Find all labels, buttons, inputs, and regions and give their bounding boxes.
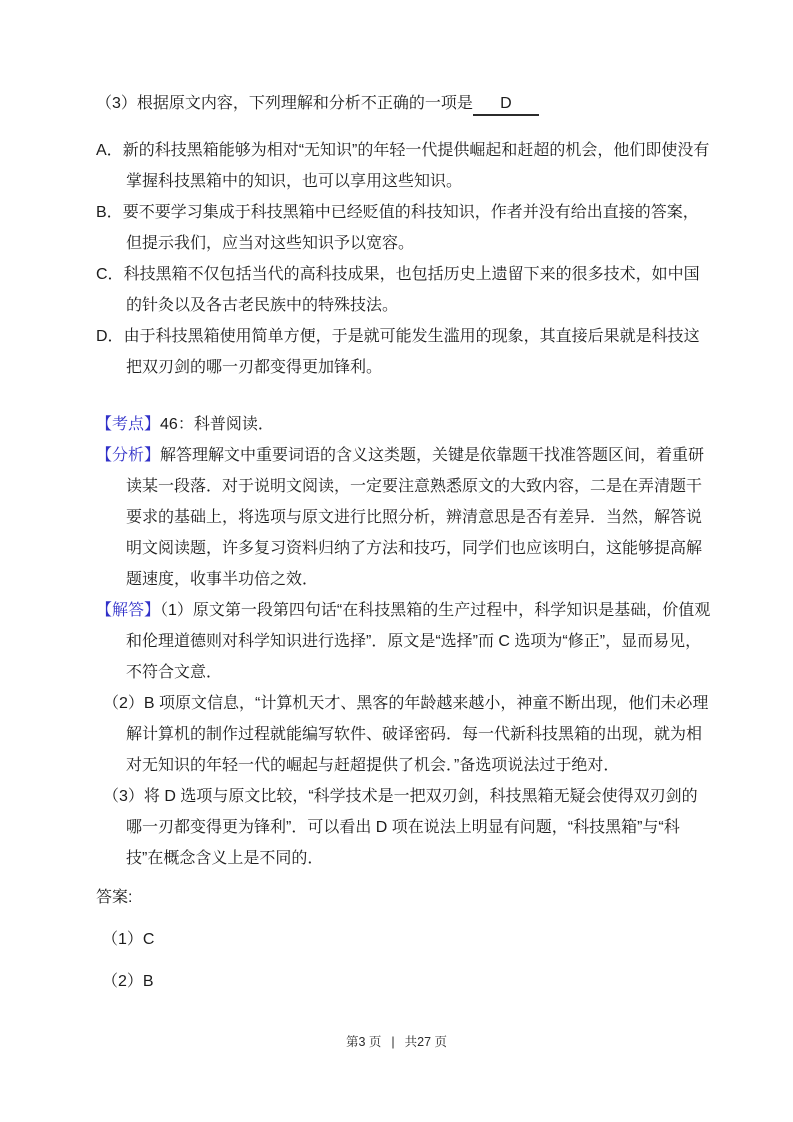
option-c-label: C． <box>96 266 124 283</box>
answer-blank-value: D <box>500 95 512 112</box>
option-d: D．由于科技黑箱使用简单方便，于是就可能发生滥用的现象，其直接后果就是科技这把双… <box>96 321 712 383</box>
option-b-label: B． <box>96 204 123 221</box>
option-a: A．新的科技黑箱能够为相对“无知识”的年轻一代提供崛起和赶超的机会，他们即使没有… <box>96 135 712 197</box>
kaodian-tag: 【考点】 <box>96 416 160 433</box>
option-d-label: D． <box>96 328 124 345</box>
question-stem-text: （3）根据原文内容，下列理解和分析不正确的一项是 <box>96 95 473 112</box>
kaodian-text: 46：科普阅读． <box>160 416 274 433</box>
jieda-paragraph-2: （2）B 项原文信息，“计算机天才、黑客的年龄越来越小，神童不断出现，他们未必理… <box>96 688 712 781</box>
answers-heading: 答案: <box>96 882 712 913</box>
section-jieda: 【解答】（1）原文第一段第四句话“在科技黑箱的生产过程中，科学知识是基础，价值观… <box>96 595 712 688</box>
answer-blank: D <box>473 94 539 116</box>
page-footer: 第3 页|共27 页 <box>0 1032 793 1052</box>
page-content: （3）根据原文内容，下列理解和分析不正确的一项是D A．新的科技黑箱能够为相对“… <box>96 88 712 997</box>
answer-item-2: （2）B <box>96 966 712 997</box>
option-b: B．要不要学习集成于科技黑箱中已经贬值的科技知识，作者并没有给出直接的答案，但提… <box>96 197 712 259</box>
option-a-text: 新的科技黑箱能够为相对“无知识”的年轻一代提供崛起和赶超的机会，他们即使没有掌握… <box>123 142 710 190</box>
question-stem: （3）根据原文内容，下列理解和分析不正确的一项是D <box>96 88 712 119</box>
footer-total-pages: 共27 页 <box>405 1035 447 1049</box>
footer-separator: | <box>391 1035 394 1049</box>
jieda-tag: 【解答】 <box>96 602 160 619</box>
option-b-text: 要不要学习集成于科技黑箱中已经贬值的科技知识，作者并没有给出直接的答案，但提示我… <box>123 204 699 252</box>
answer-item-1: （1）C <box>96 924 712 955</box>
section-kaodian: 【考点】46：科普阅读． <box>96 409 712 440</box>
section-fenxi: 【分析】解答理解文中重要词语的含义这类题，关键是依靠题干找准答题区间，着重研读某… <box>96 440 712 595</box>
option-c: C．科技黑箱不仅包括当代的高科技成果，也包括历史上遗留下来的很多技术，如中国的针… <box>96 259 712 321</box>
footer-page-number: 第3 页 <box>346 1035 381 1049</box>
fenxi-tag: 【分析】 <box>96 447 160 464</box>
fenxi-text: 解答理解文中重要词语的含义这类题，关键是依靠题干找准答题区间，着重研读某一段落．… <box>126 447 704 588</box>
document-page: （3）根据原文内容，下列理解和分析不正确的一项是D A．新的科技黑箱能够为相对“… <box>0 0 793 1122</box>
jieda-paragraph-3: （3）将 D 选项与原文比较，“科学技术是一把双刃剑，科技黑箱无疑会使得双刃剑的… <box>96 781 712 874</box>
option-c-text: 科技黑箱不仅包括当代的高科技成果，也包括历史上遗留下来的很多技术，如中国的针灸以… <box>124 266 700 314</box>
option-d-text: 由于科技黑箱使用简单方便，于是就可能发生滥用的现象，其直接后果就是科技这把双刃剑… <box>124 328 700 376</box>
jieda-paragraph-1: （1）原文第一段第四句话“在科技黑箱的生产过程中，科学知识是基础，价值观和伦理道… <box>126 602 710 681</box>
option-a-label: A． <box>96 142 123 159</box>
